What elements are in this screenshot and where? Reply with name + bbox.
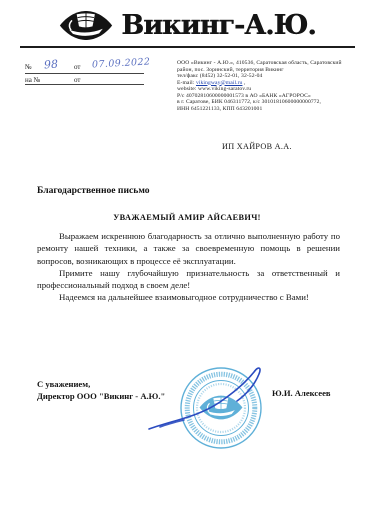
doc-number-label: № — [25, 63, 32, 71]
letterhead: Викинг-А.Ю. — [0, 6, 374, 44]
doc-number-value: 98 — [44, 58, 59, 72]
company-title: Викинг-А.Ю. — [121, 10, 315, 41]
doc-date-value: 07.09.2022 — [92, 56, 151, 70]
header-divider — [20, 46, 355, 48]
company-address-line1: ООО «Викинг - А.Ю.», 410536, Саратовская… — [177, 60, 369, 67]
signer-name: Ю.И. Алексеев — [272, 388, 331, 398]
letter-body: Выражаем искреннюю благодарность за отли… — [37, 230, 340, 304]
company-details: ООО «Викинг - А.Ю.», 410536, Саратовская… — [177, 60, 369, 112]
reference-underline-1 — [25, 73, 144, 74]
viking-ship-logo-icon — [58, 9, 114, 42]
signature-line1: С уважением, — [37, 379, 165, 391]
paragraph-3: Надеемся на дальнейшее взаимовыгодное со… — [37, 291, 340, 303]
paragraph-2: Примите нашу глубочайшую признательность… — [37, 267, 340, 292]
reference-underline-2 — [25, 84, 144, 85]
round-seal-icon — [146, 356, 306, 462]
salutation: УВАЖАЕМЫЙ АМИР АЙСАЕВИЧ! — [0, 213, 374, 222]
recipient: ИП ХАЙРОВ А.А. — [222, 142, 292, 151]
pen-signature-icon — [149, 368, 260, 429]
signature-block: С уважением, Директор ООО "Викинг - А.Ю.… — [37, 379, 165, 403]
email-link[interactable]: vikingway@mail.ru — [196, 80, 242, 86]
reply-date-label: от — [74, 76, 80, 84]
company-inn-kpp: ИНН 6451221133, КПП 643201001 — [177, 106, 369, 113]
paragraph-1: Выражаем искреннюю благодарность за отли… — [37, 230, 340, 267]
company-stamp — [146, 356, 306, 462]
reply-number-label: на № — [25, 76, 40, 84]
email-suffix: , — [242, 80, 245, 86]
doc-date-label: от — [74, 63, 80, 71]
letter-page: Викинг-А.Ю. № 98 от 07.09.2022 на № от О… — [0, 0, 374, 530]
letter-title: Благодарственное письмо — [37, 185, 150, 196]
email-label: E-mail: — [177, 80, 196, 86]
signature-line2: Директор ООО "Викинг - А.Ю." — [37, 391, 165, 403]
